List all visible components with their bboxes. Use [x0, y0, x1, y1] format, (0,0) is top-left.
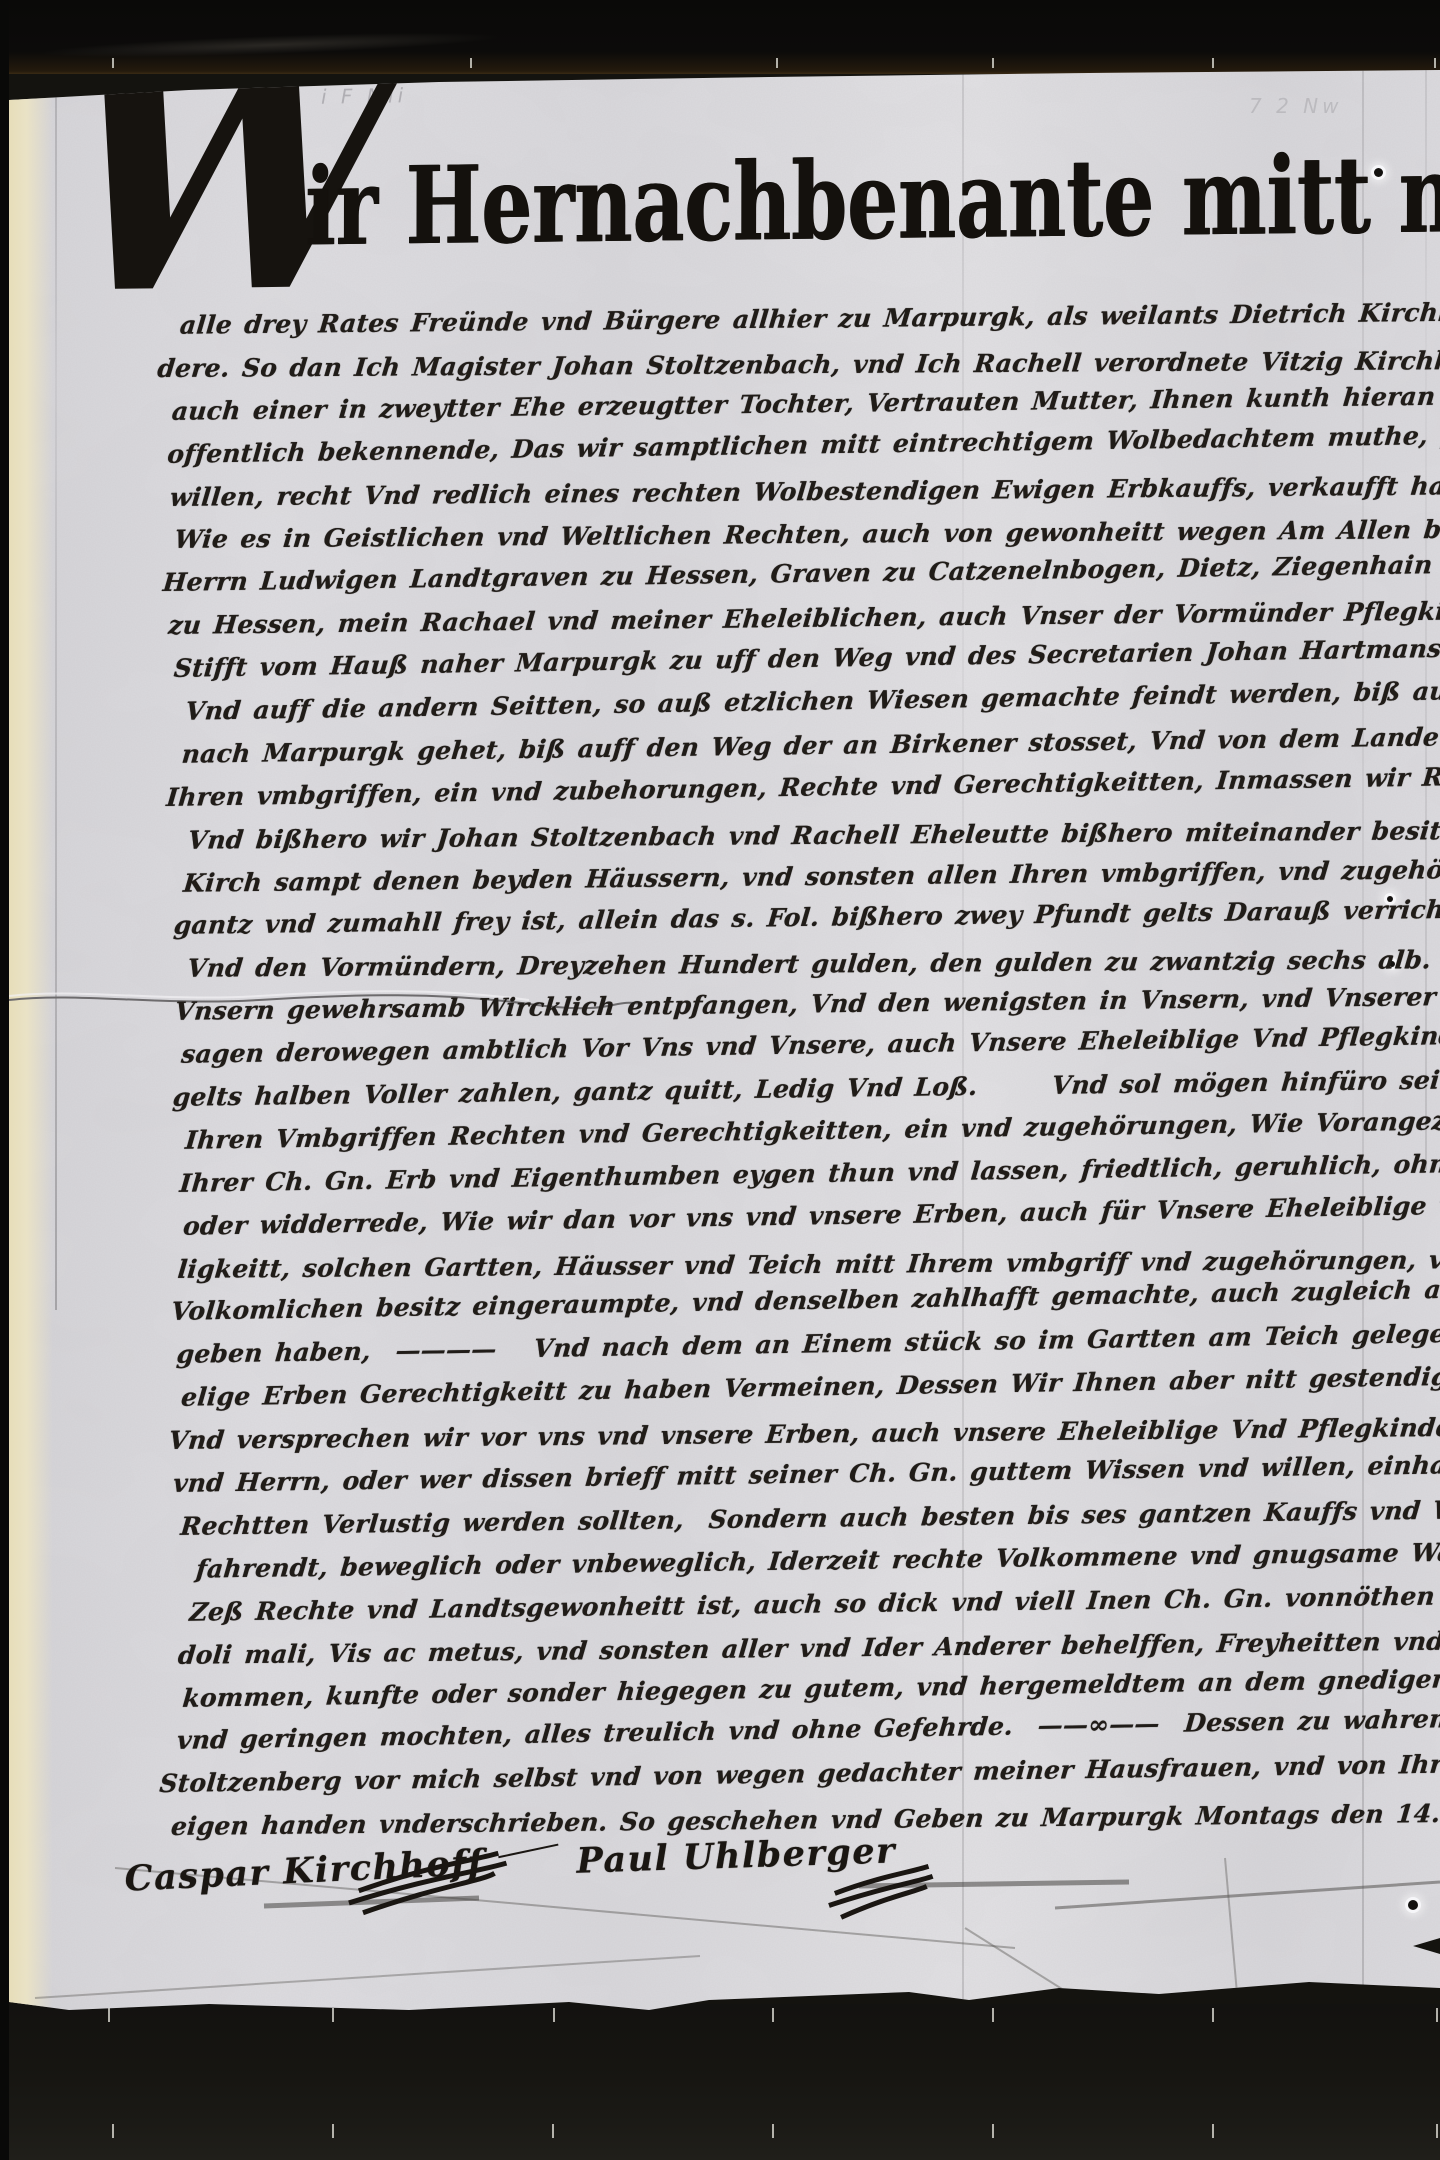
calibration-tick	[992, 2008, 994, 2022]
calibration-tick	[1436, 2008, 1438, 2022]
background-left-strip	[0, 0, 9, 2160]
heading-text: ir Hernachbenante mitt namen Caspar Kirc…	[305, 130, 1440, 260]
calibration-tick	[1436, 2124, 1438, 2138]
calibration-tick	[1212, 2008, 1214, 2022]
background-top-band	[0, 0, 1440, 74]
light-sheen	[40, 28, 500, 62]
calibration-tick	[1212, 58, 1214, 68]
calibration-tick	[992, 2124, 994, 2138]
background-bottom-band	[0, 2004, 1440, 2160]
signature-second: Paul Uhlberger	[576, 1833, 897, 1878]
calibration-tick	[776, 58, 778, 68]
paper-hole	[1408, 1900, 1418, 1910]
faint-mark-top-right: 7 2 Nw	[1249, 96, 1342, 116]
manuscript-body: alle drey Rates Freünde vnd Bürgere allh…	[11, 287, 1440, 1850]
signature-caspar-kirchhoff: Caspar Kirchhoff	[124, 1845, 485, 1897]
calibration-tick	[470, 58, 472, 68]
calibration-tick	[108, 2008, 110, 2022]
calibration-tick	[112, 2124, 114, 2138]
calibration-tick	[332, 2008, 334, 2022]
manuscript-page: i F Mii 7 2 Nw W ir Hernachbenante mitt …	[9, 70, 1440, 2020]
calibration-tick	[332, 2124, 334, 2138]
calibration-tick	[1434, 58, 1436, 68]
calibration-tick	[772, 2008, 774, 2022]
calibration-tick	[772, 2124, 774, 2138]
calibration-tick	[1212, 2124, 1214, 2138]
calibration-tick	[553, 2008, 555, 2022]
calibration-tick	[992, 58, 994, 68]
calibration-tick	[112, 58, 114, 68]
scan-stage: i F Mii 7 2 Nw W ir Hernachbenante mitt …	[0, 0, 1440, 2160]
calibration-tick	[552, 2124, 554, 2138]
